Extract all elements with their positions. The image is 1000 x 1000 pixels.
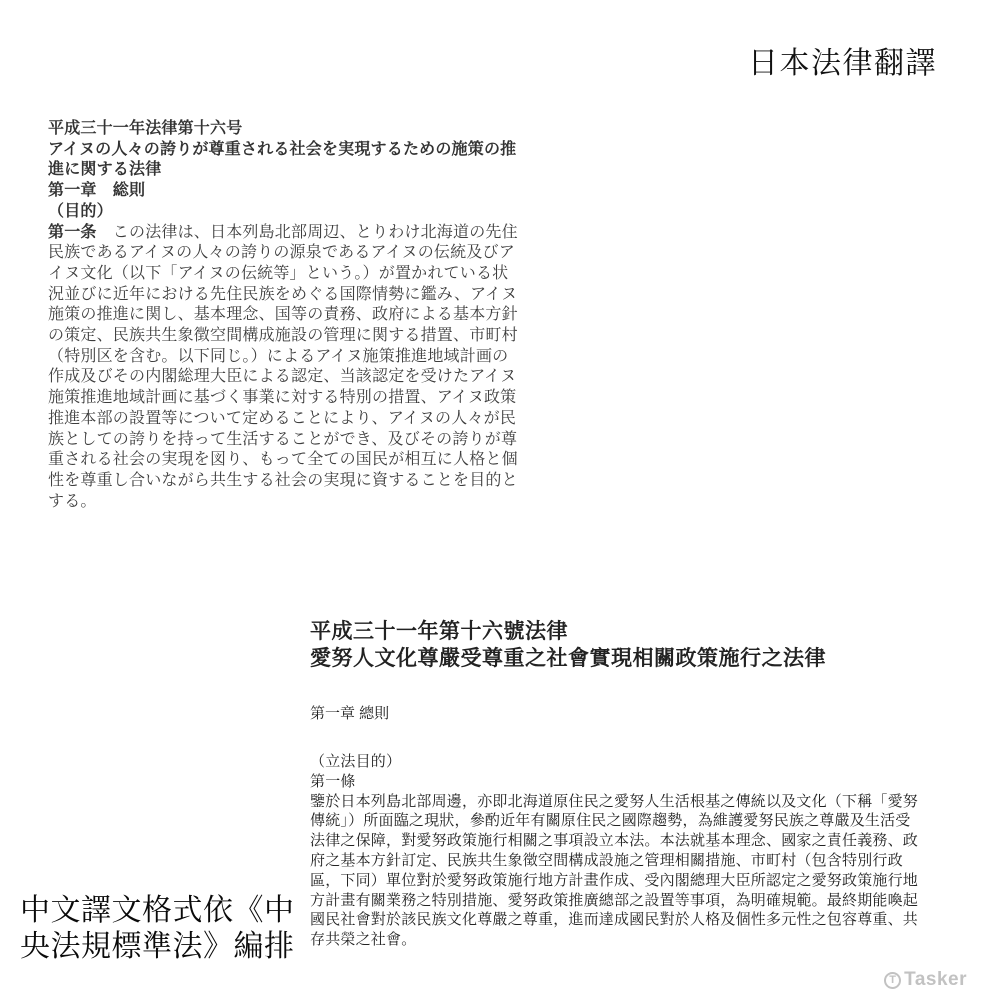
- text-line: 中文譯文格式依《中: [20, 893, 295, 929]
- format-note: 中文譯文格式依《中央法規標準法》編排: [20, 893, 295, 964]
- text-line: 法律之保障，對愛努政策施行相關之事項設立本法。本法就基本理念、國家之責任義務、政: [310, 831, 970, 851]
- text-line: 進に関する法律: [48, 160, 542, 181]
- text-line: 平成三十一年第十六號法律: [310, 618, 970, 645]
- text-line: 第一章 総則: [48, 181, 542, 202]
- text-line: 國民社會對於該民族文化尊嚴之尊重，進而達成國民對於人格及個性多元性之包容尊重、共: [310, 910, 970, 930]
- text-line: アイヌの人々の誇りが尊重される社会を実現するための施策の推: [48, 140, 542, 161]
- text-line: 鑒於日本列島北部周邊，亦即北海道原住民之愛努人生活根基之傳統以及文化（下稱「愛努: [310, 792, 970, 812]
- text-line: 存共榮之社會。: [310, 930, 970, 950]
- text-line: 府之基本方針訂定、民族共生象徵空間構成設施之管理相關措施、市町村（包含特別行政: [310, 851, 970, 871]
- text-line: する。: [48, 492, 542, 513]
- text-line: 況並びに近年における先住民族をめぐる国際情勢に鑑み、アイヌ: [48, 285, 542, 306]
- text-line: 推進本部の設置等について定めることにより、アイヌの人々が民: [48, 409, 542, 430]
- japanese-law-text: 平成三十一年法律第十六号アイヌの人々の誇りが尊重される社会を実現するための施策の…: [48, 119, 542, 512]
- page-title: 日本法律翻譯: [748, 38, 937, 82]
- text-line: 愛努人文化尊嚴受尊重之社會實現相關政策施行之法律: [310, 645, 970, 672]
- tasker-brand-text: Tasker: [904, 969, 967, 991]
- text-line: 施策の推進に関し、基本理念、国等の責務、政府による基本方針: [48, 305, 542, 326]
- text-line: （目的）: [48, 202, 542, 223]
- text-line: 作成及びその内閣総理大臣による認定、当該認定を受けたアイヌ: [48, 367, 542, 388]
- zh-title-lines: 平成三十一年第十六號法律愛努人文化尊嚴受尊重之社會實現相關政策施行之法律: [310, 618, 970, 672]
- tasker-logo-icon: T: [884, 972, 901, 989]
- text-line: 民族であるアイヌの人々の誇りの源泉であるアイヌの伝統及びア: [48, 243, 542, 264]
- text-line: 傳統」）所面臨之現狀，參酌近年有關原住民之國際趨勢，為維護愛努民族之尊嚴及生活受: [310, 811, 970, 831]
- jp-article-first-text: この法律は、日本列島北部周辺、とりわけ北海道の先住: [97, 224, 518, 241]
- text-line: 央法規標準法》編排: [20, 929, 295, 965]
- chinese-translation-text: 平成三十一年第十六號法律愛努人文化尊嚴受尊重之社會實現相關政策施行之法律 第一章…: [310, 618, 970, 950]
- jp-body-lines: 民族であるアイヌの人々の誇りの源泉であるアイヌの伝統及びアイヌ文化（以下「アイヌ…: [48, 243, 542, 512]
- zh-article-label: 第一條: [310, 772, 970, 792]
- text-line: 族としての誇りを持って生活することができ、及びその誇りが尊: [48, 430, 542, 451]
- jp-header-lines: 平成三十一年法律第十六号アイヌの人々の誇りが尊重される社会を実現するための施策の…: [48, 119, 542, 223]
- text-line: 區，下同）單位對於愛努政策施行地方計畫作成、受內閣總理大臣所認定之愛努政策施行地: [310, 871, 970, 891]
- text-line: 平成三十一年法律第十六号: [48, 119, 542, 140]
- document-scan-page: { "page_title": "日本法律翻譯", "japanese_law"…: [0, 0, 1000, 1000]
- text-line: 性を尊重し合いながら共生する社会の実現に資することを目的と: [48, 471, 542, 492]
- text-line: イヌ文化（以下「アイヌの伝統等」という。）が置かれている状: [48, 264, 542, 285]
- zh-body-lines: 鑒於日本列島北部周邊，亦即北海道原住民之愛努人生活根基之傳統以及文化（下稱「愛努…: [310, 792, 970, 950]
- jp-article-label: 第一条: [48, 224, 97, 241]
- text-line: 方計畫有關業務之特別措施、愛努政策推廣總部之設置等事項，為明確規範。最終期能喚起: [310, 891, 970, 911]
- jp-article-first-line: 第一条 この法律は、日本列島北部周辺、とりわけ北海道の先住: [48, 223, 542, 244]
- zh-chapter-heading: 第一章 總則: [310, 704, 970, 724]
- zh-article-body: （立法目的） 第一條 鑒於日本列島北部周邊，亦即北海道原住民之愛努人生活根基之傳…: [310, 752, 970, 950]
- text-line: （特別区を含む。以下同じ。）によるアイヌ施策推進地域計画の: [48, 347, 542, 368]
- zh-purpose-label: （立法目的）: [310, 752, 970, 772]
- tasker-watermark: T Tasker: [884, 969, 967, 991]
- text-line: の策定、民族共生象徴空間構成施設の管理に関する措置、市町村: [48, 326, 542, 347]
- text-line: 重される社会の実現を図り、もって全ての国民が相互に人格と個: [48, 450, 542, 471]
- text-line: 施策推進地域計画に基づく事業に対する特別の措置、アイヌ政策: [48, 388, 542, 409]
